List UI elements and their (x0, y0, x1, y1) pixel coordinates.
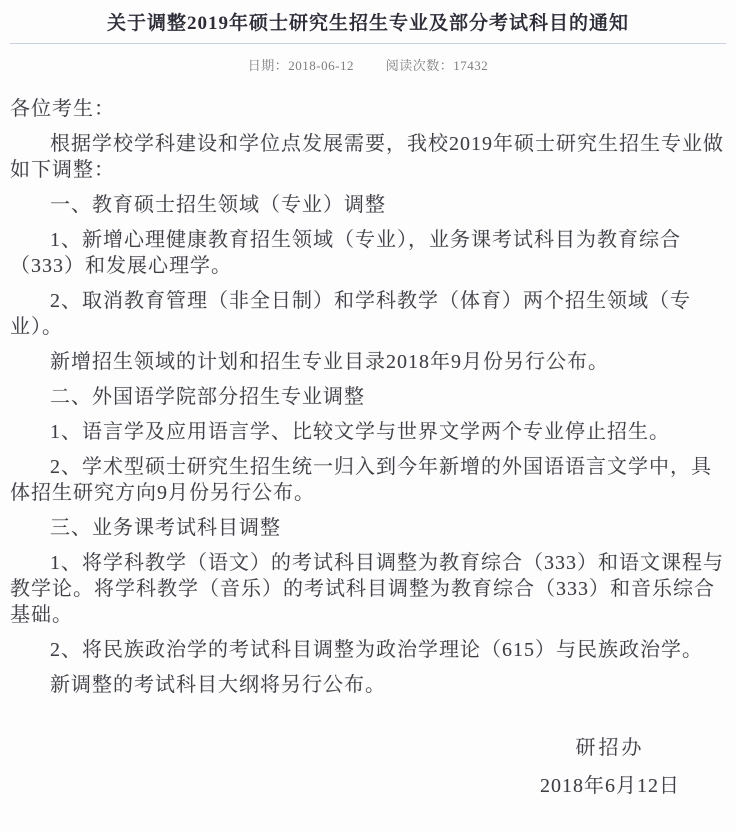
date-label: 日期： (248, 58, 289, 73)
body-paragraph: 新调整的考试科目大纲将另行公布。 (10, 672, 726, 698)
body-paragraph: 1、语言学及应用语言学、比较文学与世界文学两个专业停止招生。 (10, 419, 726, 445)
view-count: 阅读次数：17432 (386, 58, 489, 73)
section-heading-3: 三、业务课考试科目调整 (10, 515, 726, 541)
views-label: 阅读次数： (386, 58, 454, 73)
signature-block: 研招办 2018年6月12日 (520, 735, 700, 799)
views-value: 17432 (453, 58, 488, 73)
salutation: 各位考生： (10, 96, 726, 122)
title-divider (10, 43, 726, 44)
section-heading-1: 一、教育硕士招生领域（专业）调整 (10, 192, 726, 218)
publish-date: 日期：2018-06-12 (248, 58, 354, 73)
signature-name: 研招办 (520, 735, 700, 761)
meta-row: 日期：2018-06-12 阅读次数：17432 (0, 55, 736, 74)
notice-page: 关于调整2019年硕士研究生招生专业及部分考试科目的通知 日期：2018-06-… (0, 0, 736, 831)
body-paragraph: 1、将学科教学（语文）的考试科目调整为教育综合（333）和语文课程与教学论。将学… (10, 550, 726, 628)
date-value: 2018-06-12 (288, 58, 354, 73)
section-heading-2: 二、外国语学院部分招生专业调整 (10, 384, 726, 410)
body-paragraph: 新增招生领域的计划和招生专业目录2018年9月份另行公布。 (10, 349, 726, 375)
notice-title: 关于调整2019年硕士研究生招生专业及部分考试科目的通知 (0, 12, 736, 36)
body-paragraph: 2、学术型硕士研究生招生统一归入到今年新增的外国语语言文学中，具体招生研究方向9… (10, 454, 726, 506)
notice-body: 各位考生： 根据学校学科建设和学位点发展需要，我校2019年硕士研究生招生专业做… (0, 96, 736, 698)
signature-date: 2018年6月12日 (520, 773, 700, 799)
body-paragraph: 1、新增心理健康教育招生领域（专业），业务课考试科目为教育综合（333）和发展心… (10, 227, 726, 279)
body-paragraph: 2、将民族政治学的考试科目调整为政治学理论（615）与民族政治学。 (10, 637, 726, 663)
body-paragraph: 根据学校学科建设和学位点发展需要，我校2019年硕士研究生招生专业做如下调整： (10, 131, 726, 183)
body-paragraph: 2、取消教育管理（非全日制）和学科教学（体育）两个招生领域（专业）。 (10, 288, 726, 340)
